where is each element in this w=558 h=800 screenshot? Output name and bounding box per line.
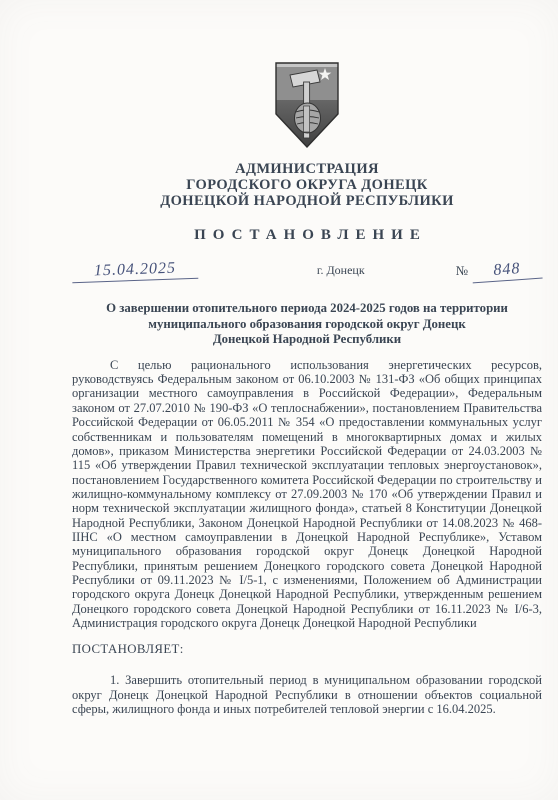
- document-content: АДМИНИСТРАЦИЯ ГОРОДСКОГО ОКРУГА ДОНЕЦК Д…: [72, 62, 542, 716]
- resolution-item-1: 1. Завершить отопительный период в муниц…: [72, 673, 542, 716]
- scanned-document-page: АДМИНИСТРАЦИЯ ГОРОДСКОГО ОКРУГА ДОНЕЦК Д…: [0, 0, 558, 800]
- handwritten-date: 15.04.2025: [72, 259, 199, 283]
- document-type-heading: ПОСТАНОВЛЕНИЕ: [72, 225, 542, 245]
- number-sign: №: [456, 263, 468, 281]
- donetsk-coat-of-arms: [275, 62, 339, 148]
- organization-name: АДМИНИСТРАЦИЯ ГОРОДСКОГО ОКРУГА ДОНЕЦК Д…: [72, 161, 542, 209]
- preamble-paragraph: С целью рационального использования энер…: [72, 358, 542, 631]
- meta-row: 15.04.2025 г. Донецк № 848: [72, 255, 542, 281]
- title-line-2: муниципального образования городской окр…: [72, 317, 542, 333]
- document-title: О завершении отопительного периода 2024-…: [72, 301, 542, 348]
- org-line-2: ГОРОДСКОГО ОКРУГА ДОНЕЦК: [72, 177, 542, 193]
- org-line-1: АДМИНИСТРАЦИЯ: [72, 161, 542, 177]
- document-number: № 848: [456, 261, 542, 281]
- title-line-3: Донецкой Народной Республики: [72, 332, 542, 348]
- place-label: г. Донецк: [317, 263, 365, 281]
- title-line-1: О завершении отопительного периода 2024-…: [72, 301, 542, 317]
- handwritten-number: 848: [471, 259, 542, 284]
- resolves-label: ПОСТАНОВЛЯЕТ:: [72, 642, 542, 657]
- org-line-3: ДОНЕЦКОЙ НАРОДНОЙ РЕСПУБЛИКИ: [72, 193, 542, 209]
- fist-icon: [295, 103, 321, 133]
